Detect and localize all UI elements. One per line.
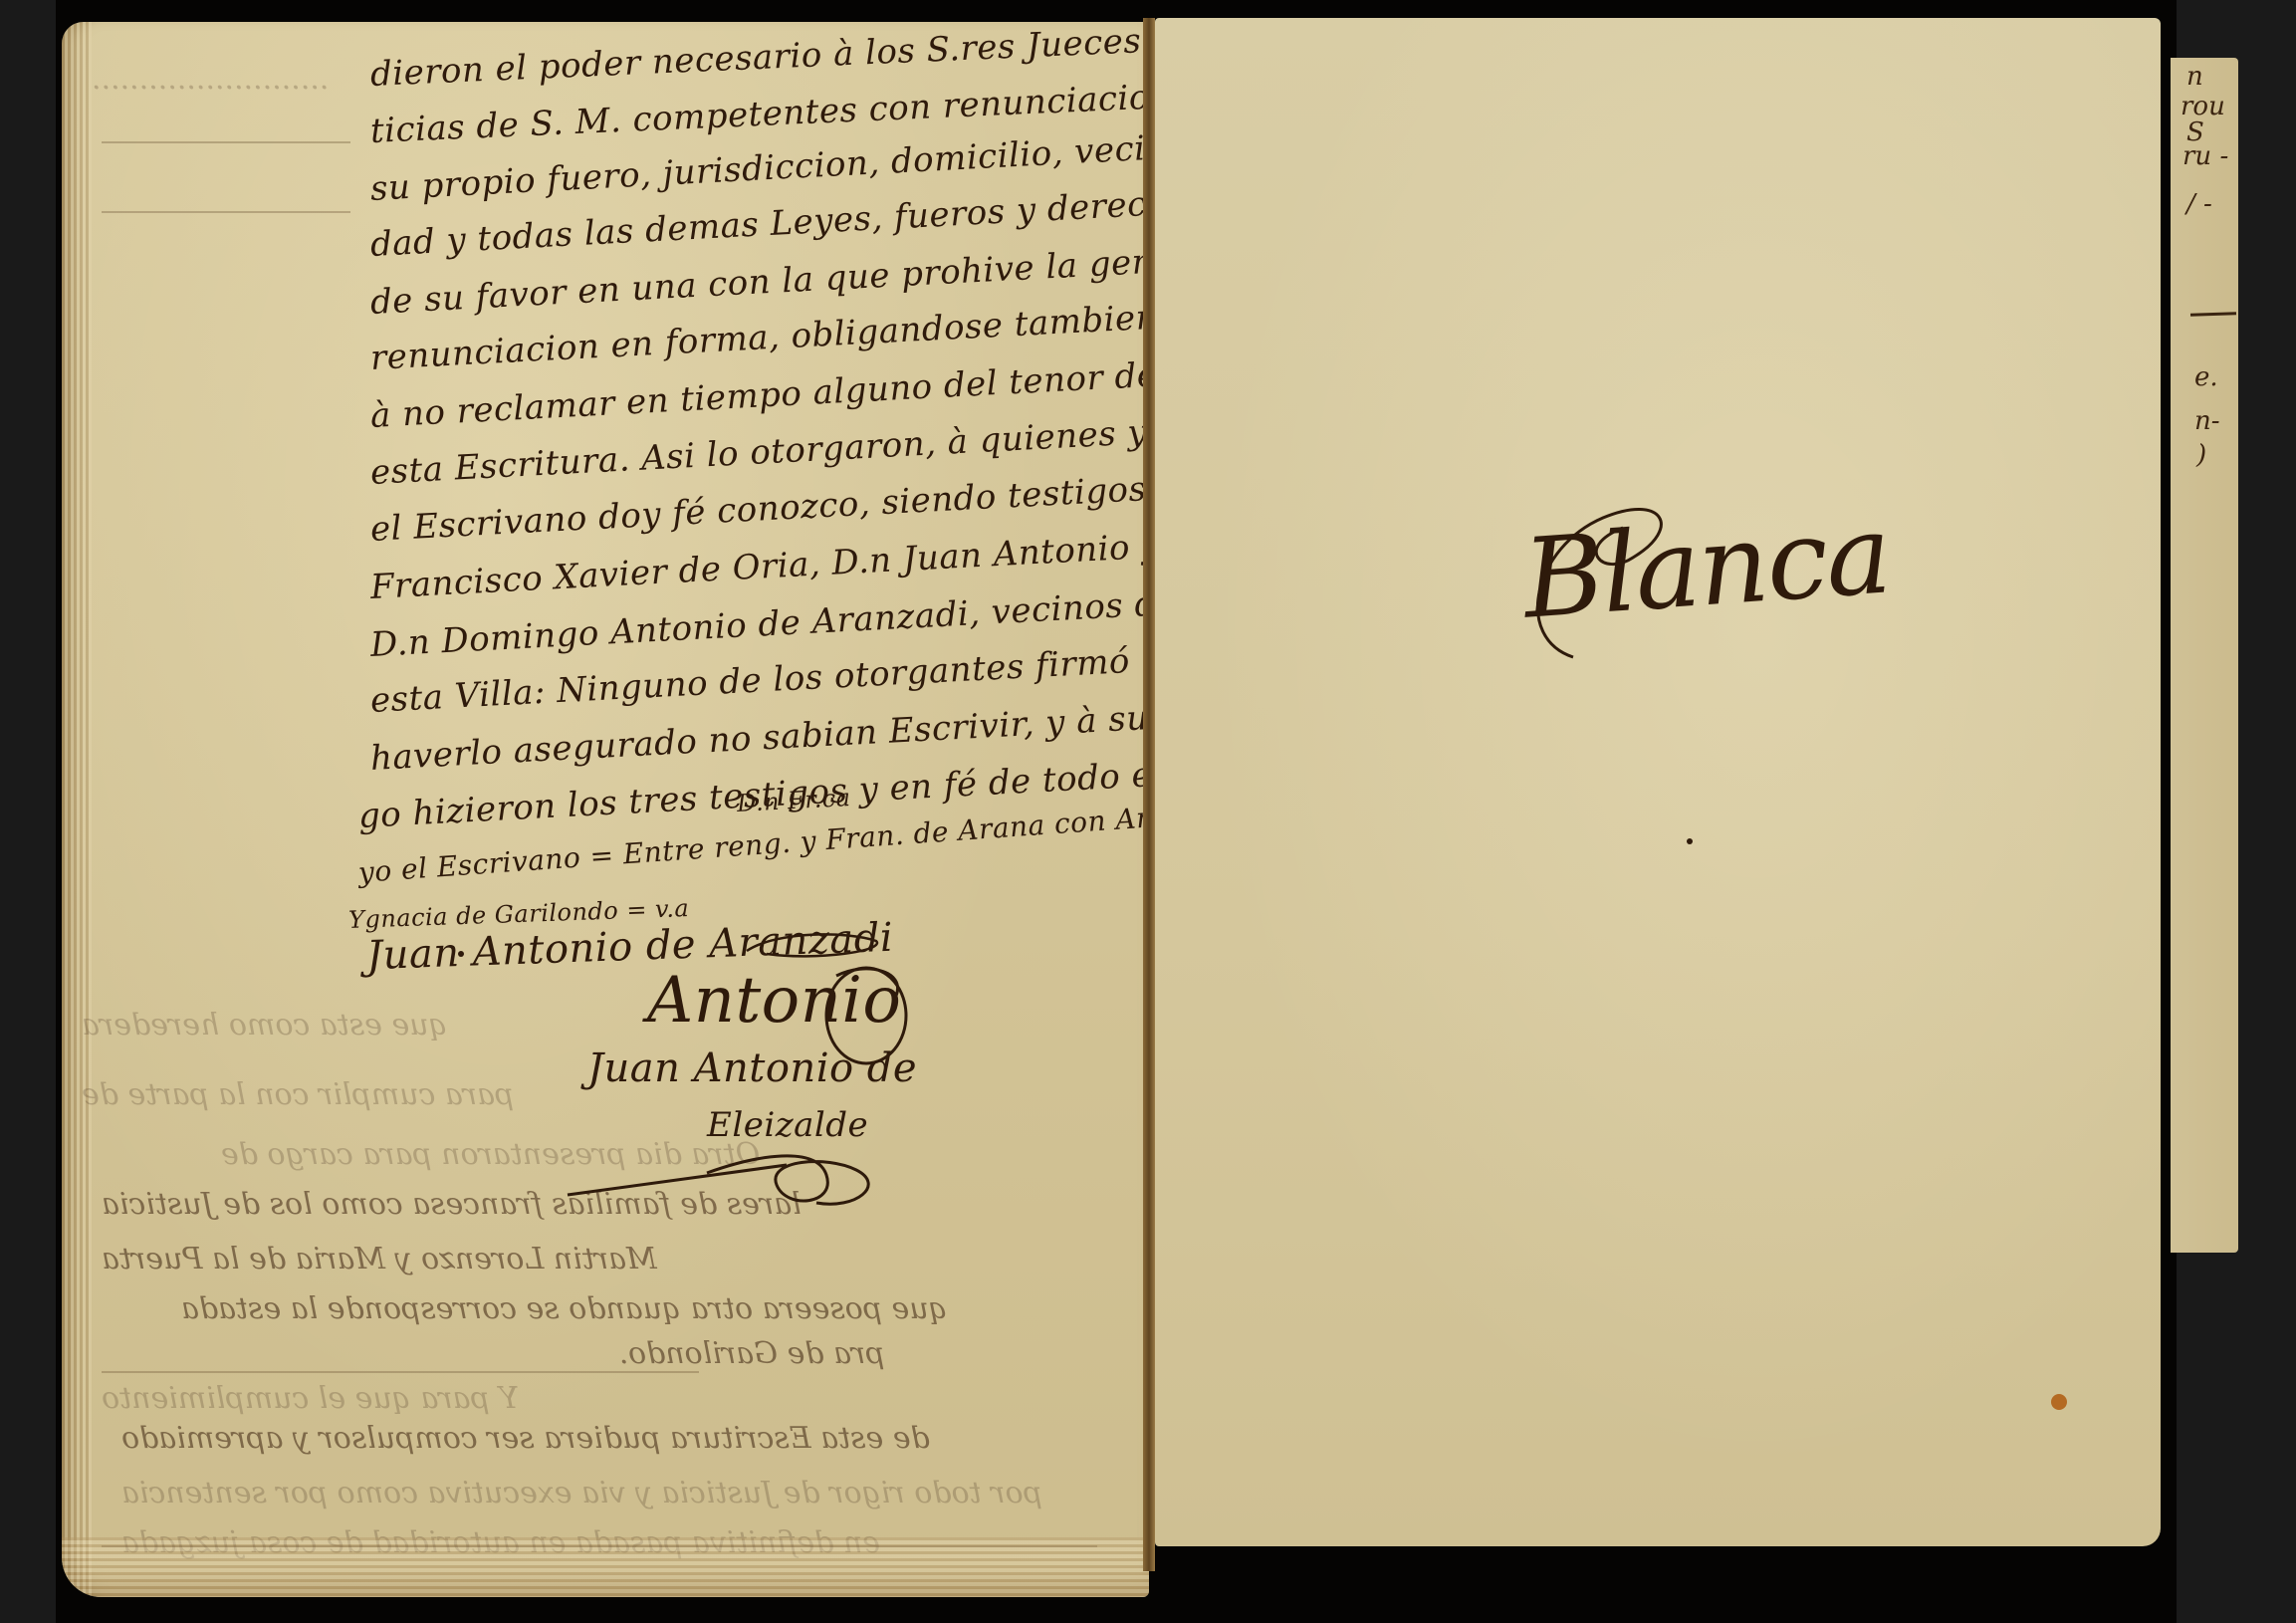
edge-fragment: / - (2186, 189, 2212, 219)
bleed-text: que poseera otra quando se corresponde l… (181, 1291, 948, 1326)
rubric-flourish-icon (558, 1125, 916, 1215)
bleed-text: en definitiva pasada en autoridad de cos… (121, 1525, 880, 1560)
ink-dot (1687, 838, 1693, 844)
ruled-line (102, 211, 350, 213)
bleed-text: Y para que el cumplimiento (102, 1381, 519, 1416)
interlinear-insertion: D.n Fr.ca (736, 784, 851, 817)
bleed-text: pra de Garilondo. (619, 1336, 885, 1371)
book-gutter (1143, 18, 1155, 1571)
ruled-line (102, 1545, 1097, 1547)
bleed-text: Martin Lorenzo y Maria de la Puerta (102, 1242, 657, 1276)
capital-b-flourish-icon (1513, 488, 1713, 667)
bleed-text: por todo rigor de Justicia y via executi… (121, 1476, 1042, 1510)
right-page (1155, 18, 2161, 1546)
rubric-flourish-icon (737, 926, 896, 966)
ink-dot (458, 951, 464, 957)
edge-fragment: n- (2194, 406, 2220, 436)
edge-fragment: n (2186, 62, 2203, 92)
rubric-flourish-icon (806, 956, 926, 1075)
ink-rule (2190, 312, 2236, 317)
edge-fragment: e. (2194, 362, 2218, 392)
bleed-text: para cumplir con la parte de (82, 1077, 514, 1112)
ruled-line (102, 1371, 699, 1373)
foxing-stain (2051, 1394, 2067, 1410)
edge-fragment: ) (2196, 440, 2206, 470)
underlying-sheet-edge (2171, 58, 2238, 1253)
bleed-text: ......................... (92, 62, 329, 97)
ruled-line (102, 141, 350, 143)
bleed-text: que esta como heredera (82, 1008, 448, 1043)
bleed-text: de esta Escritura pudiera ser compulsor … (121, 1421, 930, 1456)
edge-fragment: ru - (2182, 141, 2228, 171)
